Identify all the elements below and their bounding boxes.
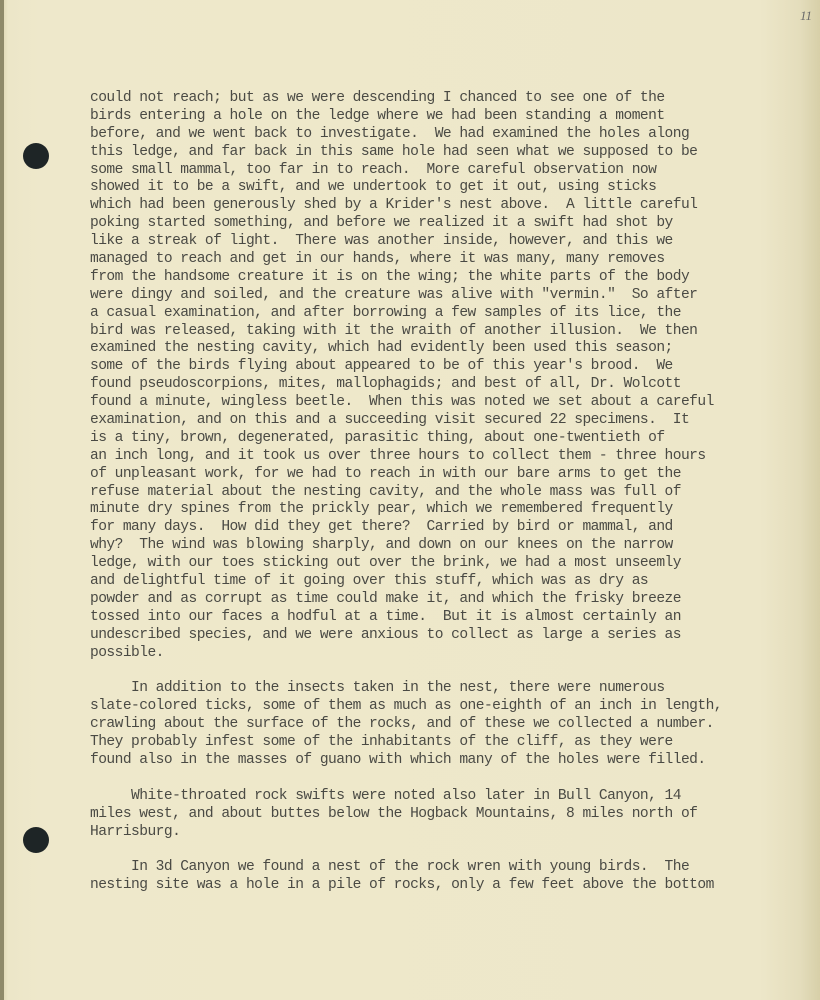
page-number: 11 (800, 8, 812, 24)
text-line: were dingy and soiled, and the creature … (90, 287, 810, 305)
text-line: tossed into our faces a hodful at a time… (90, 609, 810, 627)
text-line: some of the birds flying about appeared … (90, 358, 810, 376)
text-line: from the handsome creature it is on the … (90, 269, 810, 287)
paragraph-4: In 3d Canyon we found a nest of the rock… (90, 859, 810, 895)
text-line: showed it to be a swift, and we undertoo… (90, 179, 810, 197)
text-line: possible. (90, 645, 810, 663)
text-line: birds entering a hole on the ledge where… (90, 108, 810, 126)
text-line: for many days. How did they get there? C… (90, 519, 810, 537)
text-line: this ledge, and far back in this same ho… (90, 144, 810, 162)
typewritten-page: 11 could not reach; but as we were desce… (0, 0, 820, 1000)
text-line: found pseudoscorpions, mites, mallophagi… (90, 376, 810, 394)
paragraph-1: could not reach; but as we were descendi… (90, 90, 810, 663)
text-line: examined the nesting cavity, which had e… (90, 340, 810, 358)
text-line: In addition to the insects taken in the … (90, 680, 810, 698)
text-line: is a tiny, brown, degenerated, parasitic… (90, 430, 810, 448)
text-line: undescribed species, and we were anxious… (90, 627, 810, 645)
text-line: which had been generously shed by a Krid… (90, 197, 810, 215)
text-line: White-throated rock swifts were noted al… (90, 788, 810, 806)
text-line: poking started something, and before we … (90, 215, 810, 233)
text-line: bird was released, taking with it the wr… (90, 323, 810, 341)
text-line: an inch long, and it took us over three … (90, 448, 810, 466)
text-line: nesting site was a hole in a pile of roc… (90, 877, 810, 895)
text-line: and delightful time of it going over thi… (90, 573, 810, 591)
text-line: like a streak of light. There was anothe… (90, 233, 810, 251)
paragraph-2: In addition to the insects taken in the … (90, 680, 810, 769)
text-line: examination, and on this and a succeedin… (90, 412, 810, 430)
text-line: slate-colored ticks, some of them as muc… (90, 698, 810, 716)
text-line: why? The wind was blowing sharply, and d… (90, 537, 810, 555)
paragraph-gap (90, 663, 810, 681)
text-line: They probably infest some of the inhabit… (90, 734, 810, 752)
text-line: refuse material about the nesting cavity… (90, 484, 810, 502)
page-edge (0, 0, 4, 1000)
paragraph-gap (90, 770, 810, 788)
text-line: of unpleasant work, for we had to reach … (90, 466, 810, 484)
text-line: Harrisburg. (90, 824, 810, 842)
text-line: some small mammal, too far in to reach. … (90, 162, 810, 180)
text-line: powder and as corrupt as time could make… (90, 591, 810, 609)
text-line: could not reach; but as we were descendi… (90, 90, 810, 108)
text-line: crawling about the surface of the rocks,… (90, 716, 810, 734)
text-line: In 3d Canyon we found a nest of the rock… (90, 859, 810, 877)
paragraph-3: White-throated rock swifts were noted al… (90, 788, 810, 842)
text-line: a casual examination, and after borrowin… (90, 305, 810, 323)
binder-hole-bottom (23, 827, 49, 853)
text-line: minute dry spines from the prickly pear,… (90, 501, 810, 519)
text-line: managed to reach and get in our hands, w… (90, 251, 810, 269)
binder-hole-top (23, 143, 49, 169)
body-text: could not reach; but as we were descendi… (90, 90, 810, 895)
text-line: miles west, and about buttes below the H… (90, 806, 810, 824)
text-line: ledge, with our toes sticking out over t… (90, 555, 810, 573)
text-line: found also in the masses of guano with w… (90, 752, 810, 770)
text-line: before, and we went back to investigate.… (90, 126, 810, 144)
paragraph-gap (90, 841, 810, 859)
text-line: found a minute, wingless beetle. When th… (90, 394, 810, 412)
